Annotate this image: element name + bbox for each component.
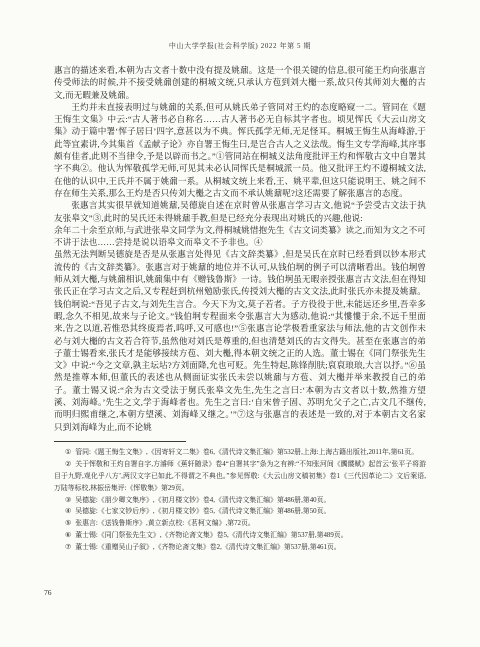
footnote-1-text: 管同:《题王悔生文集》,《因寄轩文二集》卷6,《清代诗文集汇编》第532册,上海… (75, 449, 418, 456)
footnote-1: ①管同:《题王悔生文集》,《因寄轩文二集》卷6,《清代诗文集汇编》第532册,上… (54, 447, 426, 459)
journal-page: 中山大学学报(社会科学版) 2022 年第 5 期 惠言的描述来看,本朝为古文者… (0, 0, 480, 647)
footnote-7: ⑦董士锡:《重赠吴山子叙》,《齐物论斋文集》卷2,《清代诗文集汇编》第537册,… (54, 542, 426, 554)
article-body: 惠言的描述来看,本朝为古文者十数中没有提及姚鼐。这是一个很关键的信息,很可能王灼… (54, 64, 426, 433)
footnote-3: ③吴德旋:《朋少卿文集序》,《初月楼文钞》卷4,《清代诗文集汇编》第486册,第… (54, 495, 426, 507)
footnote-2: ②关于恽敬和王灼自署自字,方濬师《蕉轩随录》卷4“自署其字”条为之有辨:“不知张… (54, 459, 426, 495)
footnote-6: ⑥董士锡:《同门祭张先生文》,《齐物论斋文集》卷5,《清代诗文集汇编》第537册… (54, 530, 426, 542)
footnote-7-marker: ⑦ (65, 544, 71, 551)
footnote-3-text: 吴德旋:《朋少卿文集序》,《初月楼文钞》卷4,《清代诗文集汇编》第486册,第4… (75, 497, 330, 504)
page-number: 76 (44, 588, 52, 597)
footnote-4-text: 吴德旋:《七家文钞后序》,《初月楼文钞》卷5,《清代诗文集汇编》第486册,第5… (75, 508, 330, 515)
footnote-5-marker: ⑤ (65, 520, 71, 527)
footnote-1-marker: ① (65, 449, 71, 456)
block-quote-wuderxuan: 余年二十余至京师,与武进张皋文同学为文,得桐城姚惜抱先生《古文词类纂》读之,而知… (54, 224, 426, 249)
footnote-2-marker: ② (65, 461, 71, 468)
footnote-7-text: 董士锡:《重赠吴山子叙》,《齐物论斋文集》卷2,《清代诗文集汇编》第537册,第… (75, 544, 340, 551)
footnote-6-text: 董士锡:《同门祭张先生文》,《齐物论斋文集》卷5,《清代诗文集汇编》第537册,… (75, 532, 347, 539)
footnote-4: ④吴德旋:《七家文钞后序》,《初月楼文钞》卷5,《清代诗文集汇编》第486册,第… (54, 506, 426, 518)
footnote-3-marker: ③ (65, 497, 71, 504)
footnote-5-text: 张惠言:《送钱鲁斯序》,黄立新点校:《茗柯文编》,第72页。 (75, 520, 255, 527)
footnote-separator-rule (54, 441, 186, 442)
footnote-4-marker: ④ (65, 508, 71, 515)
footnote-6-marker: ⑥ (65, 532, 71, 539)
journal-header: 中山大学学报(社会科学版) 2022 年第 5 期 (54, 41, 426, 51)
paragraph-continuation: 惠言的描述来看,本朝为古文者十数中没有提及姚鼐。这是一个很关键的信息,很可能王灼… (54, 64, 426, 101)
footnotes-section: ①管同:《题王悔生文集》,《因寄轩文二集》卷6,《清代诗文集汇编》第532册,上… (54, 447, 426, 554)
footnote-5: ⑤张惠言:《送钱鲁斯序》,黄立新点校:《茗柯文编》,第72页。 (54, 518, 426, 530)
paragraph-zhanghuiyan-intro: 张惠言其实很早就知道姚鼐,吴德旋自述在京时曾从张惠言学习古文,他说“予尝受古文法… (54, 199, 426, 224)
paragraph-guantong: 王灼并未直接表明过与姚鼐的关系,但可从姚氏弟子管同对王灼的态度略窥一二。管同在《… (54, 101, 426, 199)
paragraph-qianbojiong: 虽然无法判断吴德旋是否是从张惠言处得见《古文辞类纂》,但是吴氏在京时已经看到以钞… (54, 248, 426, 432)
footnote-2-text: 关于恽敬和王灼自署自字,方濬师《蕉轩随录》卷4“自署其字”条为之有辨:“不知张河… (54, 461, 426, 492)
